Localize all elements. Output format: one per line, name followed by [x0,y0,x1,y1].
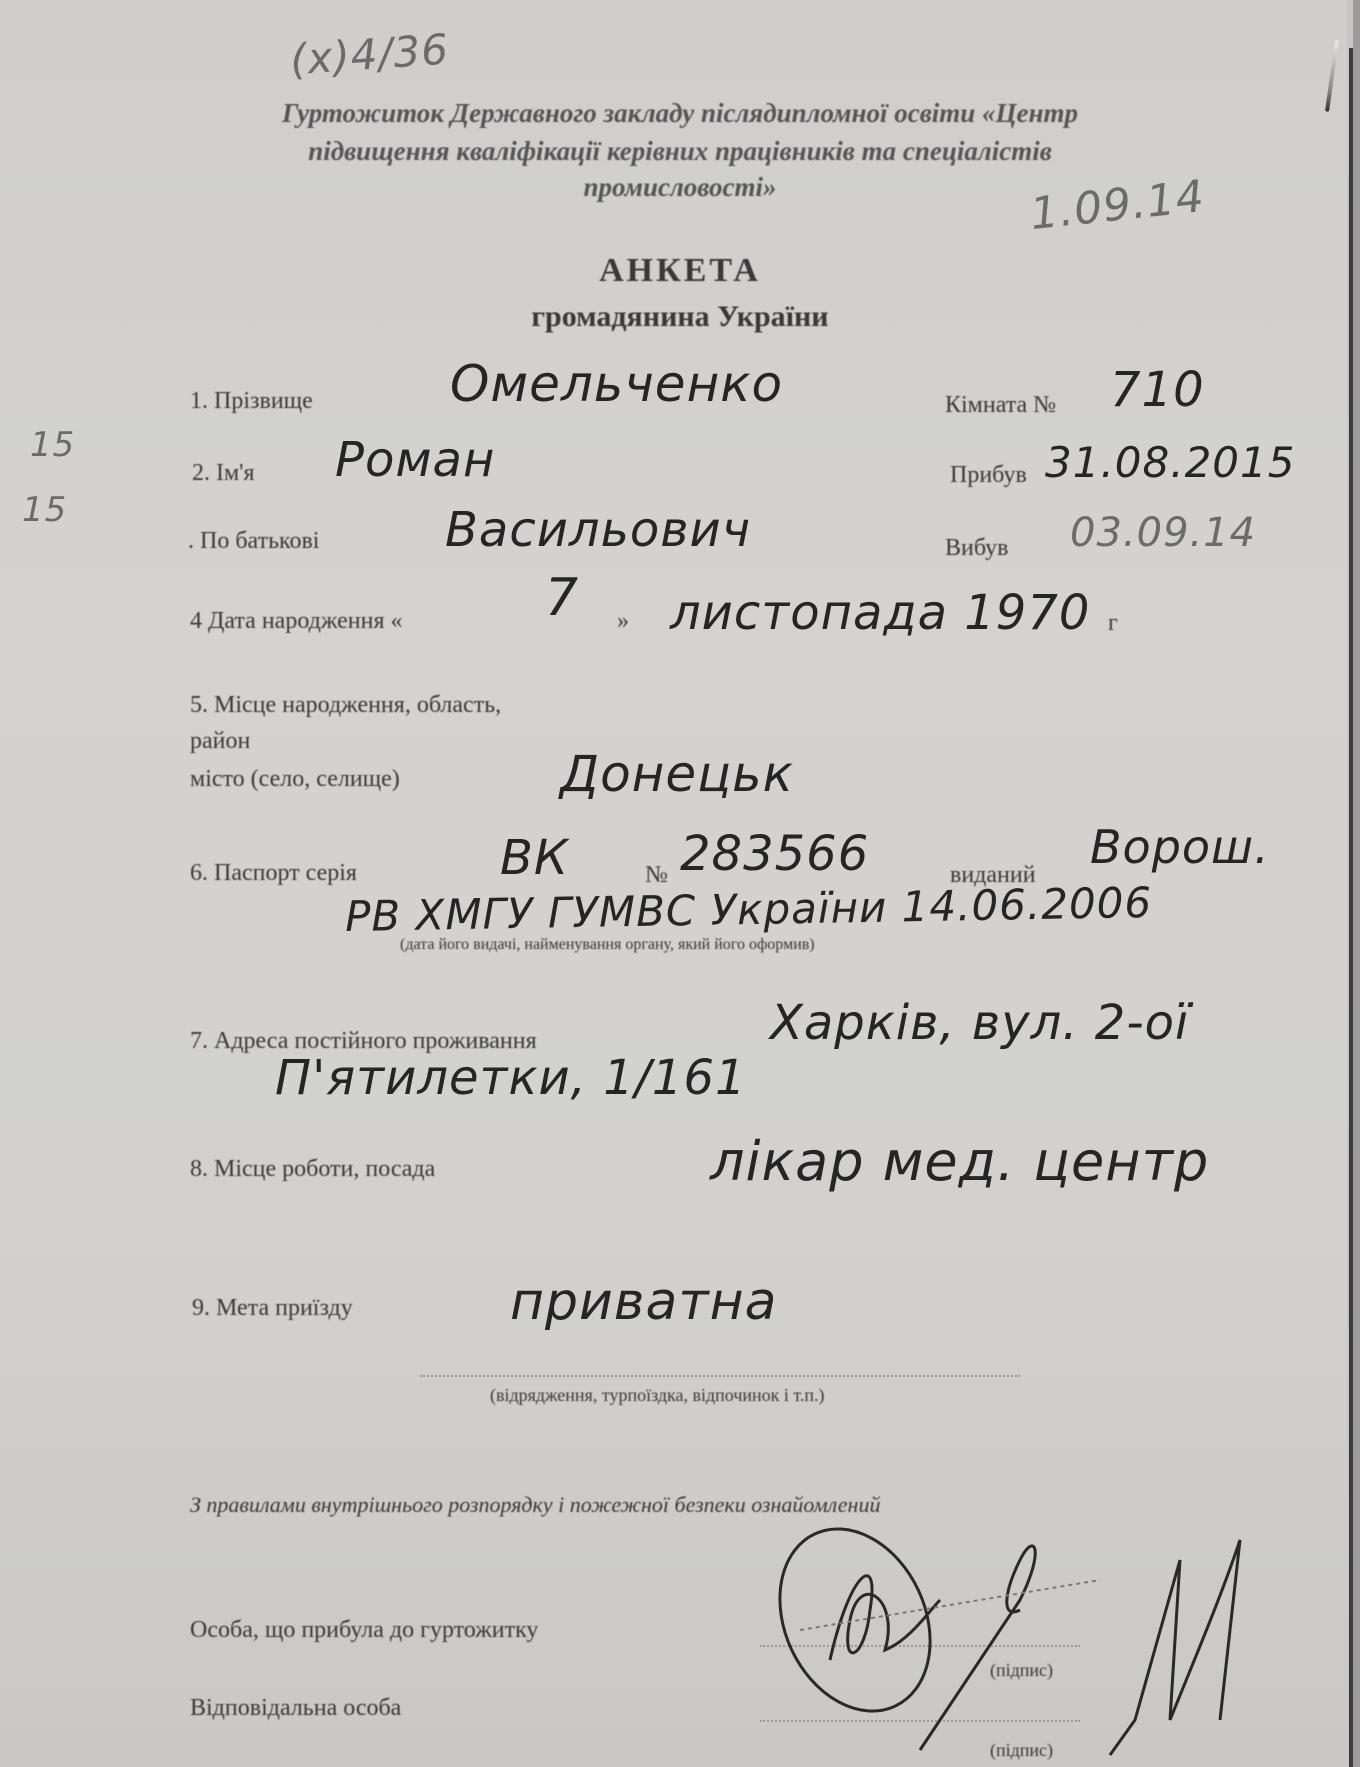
page-edge [1349,48,1353,1767]
address-value-line-2: П'ятилетки, 1/161 [275,1050,747,1106]
form-page: (х)4/36 1.09.14 15 15 Гуртожиток Державн… [0,0,1347,1767]
passport-number-label: № [645,862,668,889]
birth-place-label-line-1: 5. Місце народження, область, [190,692,501,719]
passport-issued-by-line-1: Ворош. [1090,820,1270,874]
margin-note-2: 15 [22,490,67,530]
room-value: 710 [1110,362,1205,418]
birth-date-close-quote: » [617,608,629,635]
purpose-value: приватна [510,1272,777,1332]
birth-place-label-line-2: район [190,728,250,755]
birth-date-label: 4 Дата народження « [190,608,403,635]
room-label: Кімната № [945,392,1056,419]
first-name-value: Роман [335,432,495,488]
passport-label: 6. Паспорт серія [190,860,357,887]
first-name-label: 2. Ім'я [192,460,255,487]
address-value-line-1: Харків, вул. 2-ої [770,995,1189,1051]
responsible-person-signature [1100,1520,1270,1760]
birth-place-label-line-3: місто (село, селище) [190,766,400,793]
passport-issued-by-line-2: РВ ХМГУ ГУМВС України 14.06.2006 [345,878,1153,941]
patronymic-value: Васильович [445,502,751,558]
arrived-person-label: Особа, що прибула до гуртожитку [190,1617,538,1644]
responsible-person-label: Відповідальна особа [190,1695,401,1722]
arrived-value: 31.08.2015 [1045,438,1295,487]
patronymic-label: . По батькові [188,528,319,555]
birth-day-value: 7 [545,568,579,628]
form-title: АНКЕТА [0,252,1360,290]
background-surface [1353,0,1360,1767]
birth-place-value: Донецьк [560,745,794,803]
institution-header-line-2: підвищення кваліфікації керівних працівн… [0,136,1360,167]
workplace-label: 8. Місце роботи, посада [190,1156,435,1183]
passport-series-value: ВК [500,830,569,886]
workplace-value: лікар мед. центр [710,1130,1209,1193]
arrived-label: Прибув [950,462,1027,489]
passport-caption: (дата його видачі, найменування органу, … [400,936,815,954]
birth-year-suffix: г [1108,610,1118,637]
margin-note-1: 15 [30,425,75,465]
purpose-caption: (відрядження, турпоїздка, відпочинок і т… [490,1385,825,1406]
passport-number-value: 283566 [680,826,869,882]
purpose-label: 9. Мета приїзду [192,1295,353,1322]
surname-label: 1. Прізвище [190,388,313,415]
pencil-top-note: (х)4/36 [288,25,450,85]
departed-label: Вибув [945,535,1008,562]
form-subtitle: громадянина України [0,300,1360,334]
institution-header-line-1: Гуртожиток Державного закладу післядипло… [0,98,1360,129]
institution-header-line-3: промисловості» [0,172,1360,203]
departed-value: 03.09.14 [1070,510,1256,556]
purpose-underline [420,1375,1020,1377]
birth-month-year-value: листопада 1970 [670,585,1090,641]
surname-value: Омельченко [450,355,783,413]
